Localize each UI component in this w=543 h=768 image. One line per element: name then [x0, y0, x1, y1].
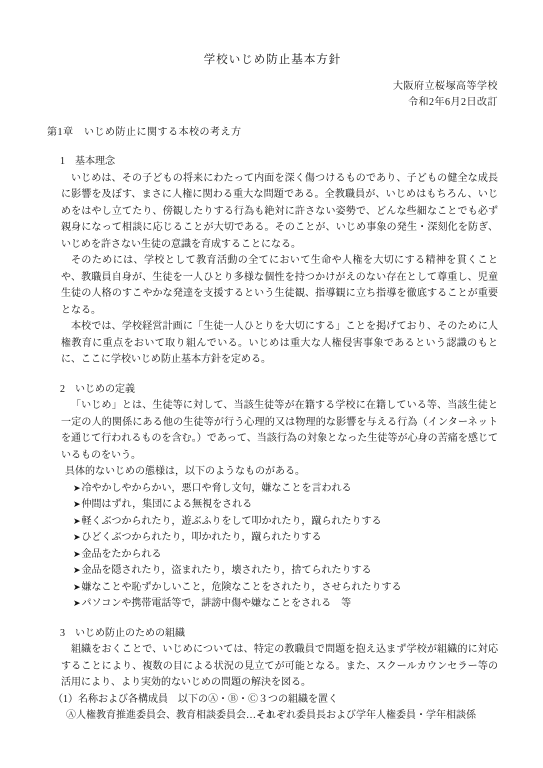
list-item: ➤仲間はずれ，集団による無視をされる	[73, 497, 498, 514]
school-name: 大阪府立桜塚高等学校	[47, 79, 498, 96]
arrow-bullet-icon: ➤	[73, 533, 81, 543]
byline: 大阪府立桜塚高等学校 令和2年6月2日改訂	[47, 79, 498, 112]
list-item: ➤冷やかしやからかい，悪口や脅し文句，嫌なことを言われる	[73, 481, 498, 498]
section-1-heading: 1 基本理念	[60, 154, 498, 171]
paragraph: いじめは、その子どもの将来にわたって内面を深く傷つけるものであり、子どもの健全な…	[61, 171, 498, 254]
list-item-text: 金品を隠されたり，盗まれたり，壊されたり，捨てられたりする	[82, 565, 372, 576]
list-item-text: パソコンや携帯電話等で，誹謗中傷や嫌なことをされる 等	[82, 598, 352, 609]
paragraph: 本校では、学校経営計画に「生徒一人ひとりを大切にする」ことを掲げており、そのため…	[61, 319, 498, 369]
list-item: ➤嫌なことや恥ずかしいこと，危険なことをされたり，させられたりする	[73, 580, 498, 597]
list-item-text: ひどくぶつかられたり，叩かれたり，蹴られたりする	[82, 532, 322, 543]
document-page: 学校いじめ防止基本方針 大阪府立桜塚高等学校 令和2年6月2日改訂 第1章 いじ…	[0, 0, 543, 768]
page-number: - 1 -	[0, 708, 543, 725]
list-item-text: 嫌なことや恥ずかしいこと，危険なことをされたり，させられたりする	[82, 582, 402, 593]
list-item: ➤金品を隠されたり，盗まれたり，壊されたり，捨てられたりする	[73, 563, 498, 580]
revision-date: 令和2年6月2日改訂	[47, 95, 498, 112]
section-2-heading: 2 いじめの定義	[60, 382, 498, 399]
section-bullying-definition: 2 いじめの定義 「いじめ」とは、生徒等に対して、当該生徒等が在籍する学校に在籍…	[47, 382, 498, 613]
numbered-item-1: （1）名称および各構成員 以下のⒶ・Ⓑ・Ⓒ３つの組織を置く	[53, 692, 498, 709]
list-item: ➤金品をたかられる	[73, 547, 498, 564]
list-item: ➤軽くぶつかられたり，遊ぶふりをして叩かれたり，蹴られたりする	[73, 514, 498, 531]
document-title: 学校いじめ防止基本方針	[47, 52, 498, 69]
arrow-bullet-icon: ➤	[73, 484, 81, 494]
paragraph: 組織をおくことで、いじめについては、特定の教職員で問題を抱え込まず学校が組織的に…	[61, 642, 498, 692]
list-item: ➤パソコンや携帯電話等で，誹謗中傷や嫌なことをされる 等	[73, 596, 498, 613]
paragraph: 「いじめ」とは、生徒等に対して、当該生徒等が在籍する学校に在籍している等、当該生…	[61, 398, 498, 464]
arrow-bullet-icon: ➤	[73, 583, 81, 593]
section-3-heading: 3 いじめ防止のための組織	[60, 626, 498, 643]
arrow-bullet-icon: ➤	[73, 566, 81, 576]
chapter-heading: 第1章 いじめ防止に関する本校の考え方	[47, 125, 498, 142]
list-item: ➤ひどくぶつかられたり，叩かれたり，蹴られたりする	[73, 530, 498, 547]
bullying-examples-list: ➤冷やかしやからかい，悪口や脅し文句，嫌なことを言われる ➤仲間はずれ，集団によ…	[73, 481, 498, 613]
arrow-bullet-icon: ➤	[73, 517, 81, 527]
arrow-bullet-icon: ➤	[73, 500, 81, 510]
list-item-text: 冷やかしやからかい，悪口や脅し文句，嫌なことを言われる	[82, 483, 352, 494]
list-item-text: 軽くぶつかられたり，遊ぶふりをして叩かれたり，蹴られたりする	[82, 516, 382, 527]
section-basic-principles: 1 基本理念 いじめは、その子どもの将来にわたって内面を深く傷つけるものであり、…	[47, 154, 498, 369]
paragraph: そのためには、学校として教育活動の全てにおいて生命や人権を大切にする精神を貫くこ…	[61, 253, 498, 319]
arrow-bullet-icon: ➤	[73, 550, 81, 560]
list-item-text: 仲間はずれ，集団による無視をされる	[82, 499, 253, 510]
bullet-list-intro: 具体的ないじめの態様は，以下のようなものがある。	[61, 464, 498, 481]
list-item-text: 金品をたかられる	[82, 549, 162, 560]
arrow-bullet-icon: ➤	[73, 599, 81, 609]
